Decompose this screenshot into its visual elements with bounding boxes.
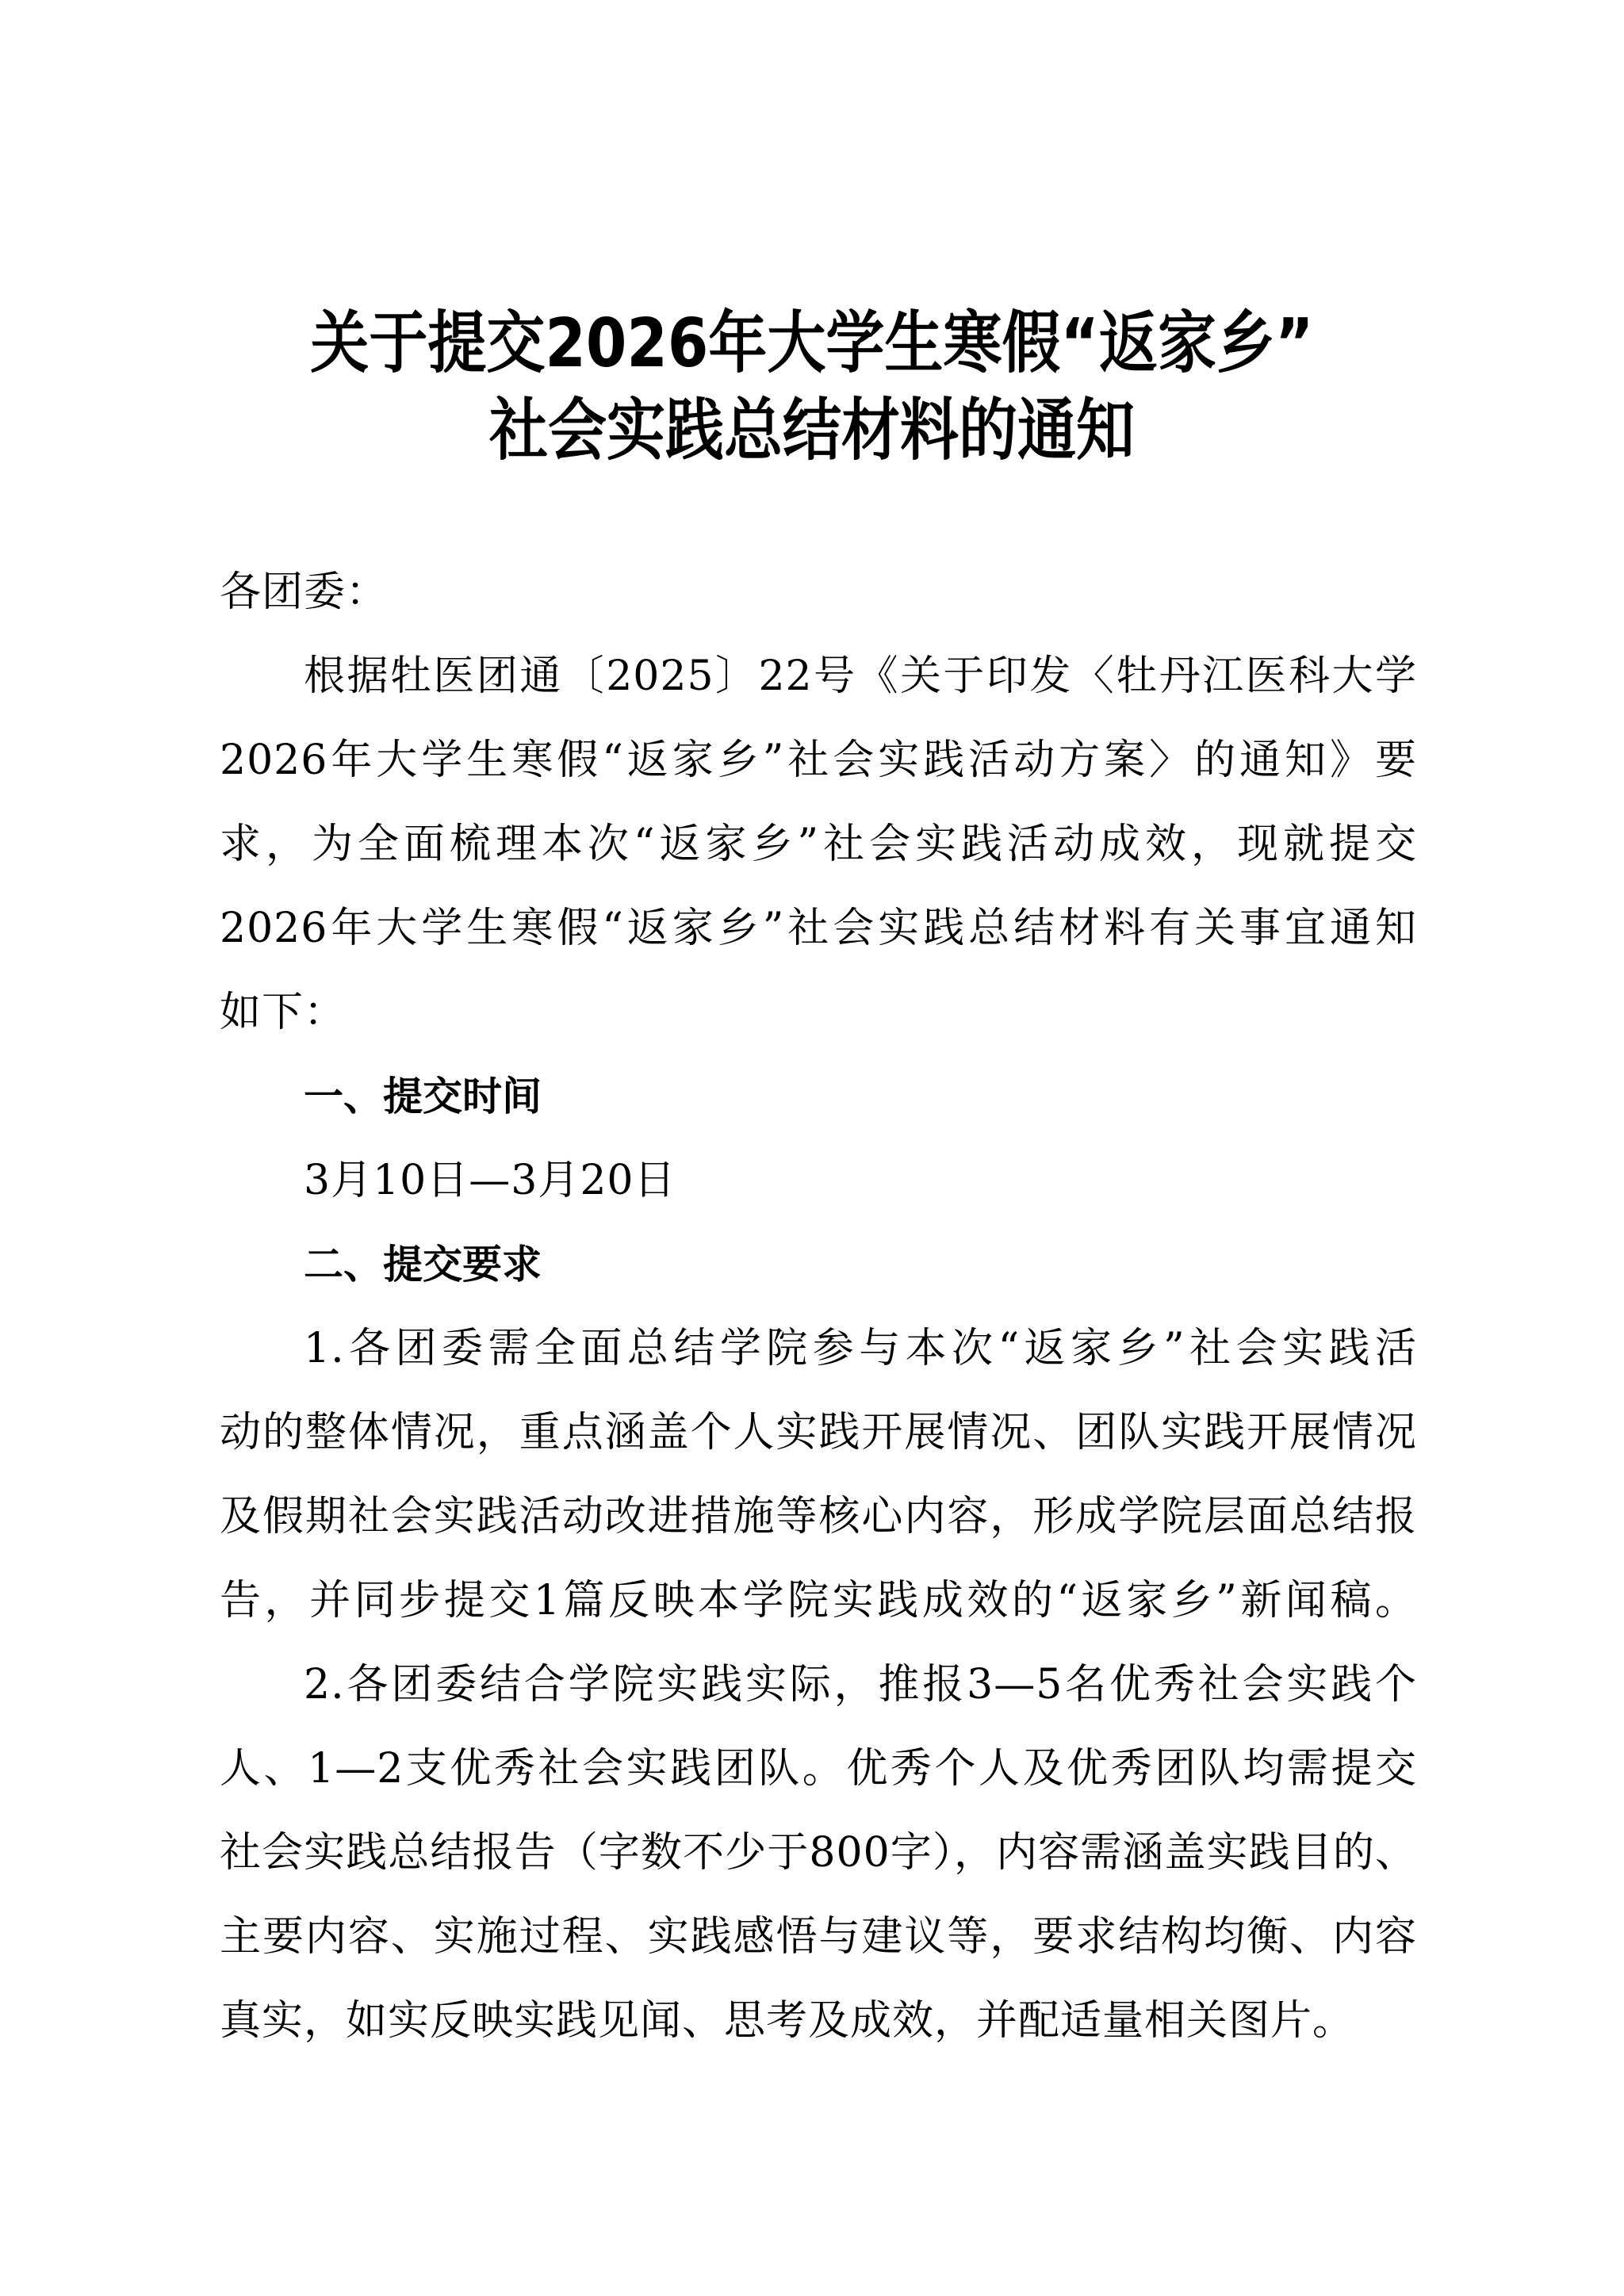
intro-line-5: 如下： bbox=[220, 985, 1417, 1040]
requirement-1-line-4: 告，并同步提交1篇反映本学院实践成效的“返家乡”新闻稿。 bbox=[220, 1573, 1417, 1628]
requirement-2-line-2: 人、1—2支优秀社会实践团队。优秀个人及优秀团队均需提交 bbox=[220, 1741, 1417, 1797]
document-title-line-2: 社会实践总结材料的通知 bbox=[0, 389, 1624, 472]
requirement-1-line-1: 1.各团委需全面总结学院参与本次“返家乡”社会实践活 bbox=[304, 1321, 1417, 1376]
section-heading-submission-time: 一、提交时间 bbox=[304, 1069, 542, 1124]
requirement-2-line-3: 社会实践总结报告（字数不少于800字），内容需涵盖实践目的、 bbox=[220, 1825, 1417, 1881]
requirement-1-line-2: 动的整体情况，重点涵盖个人实践开展情况、团队实践开展情况 bbox=[220, 1405, 1417, 1460]
document-page: 关于提交2026年大学生寒假“返家乡” 社会实践总结材料的通知 各团委： 根据牡… bbox=[0, 0, 1624, 2296]
requirement-2-line-5: 真实，如实反映实践见闻、思考及成效，并配适量相关图片。 bbox=[220, 1993, 1417, 2049]
requirement-2-line-1: 2.各团委结合学院实践实际，推报3—5名优秀社会实践个 bbox=[304, 1657, 1417, 1712]
intro-line-2: 2026年大学生寒假“返家乡”社会实践活动方案〉的通知》要 bbox=[220, 733, 1417, 788]
intro-line-3: 求，为全面梳理本次“返家乡”社会实践活动成效，现就提交 bbox=[220, 817, 1417, 872]
document-title-line-1: 关于提交2026年大学生寒假“返家乡” bbox=[0, 302, 1624, 385]
requirement-2-line-4: 主要内容、实施过程、实践感悟与建议等，要求结构均衡、内容 bbox=[220, 1909, 1417, 1965]
salutation: 各团委： bbox=[220, 564, 1417, 620]
section-heading-submission-requirements: 二、提交要求 bbox=[304, 1237, 542, 1292]
intro-line-1: 根据牡医团通〔2025〕22号《关于印发〈牡丹江医科大学 bbox=[304, 649, 1417, 704]
intro-line-4: 2026年大学生寒假“返家乡”社会实践总结材料有关事宜通知 bbox=[220, 901, 1417, 956]
submission-date-range: 3月10日—3月20日 bbox=[304, 1153, 1417, 1208]
requirement-1-line-3: 及假期社会实践活动改进措施等核心内容，形成学院层面总结报 bbox=[220, 1489, 1417, 1544]
